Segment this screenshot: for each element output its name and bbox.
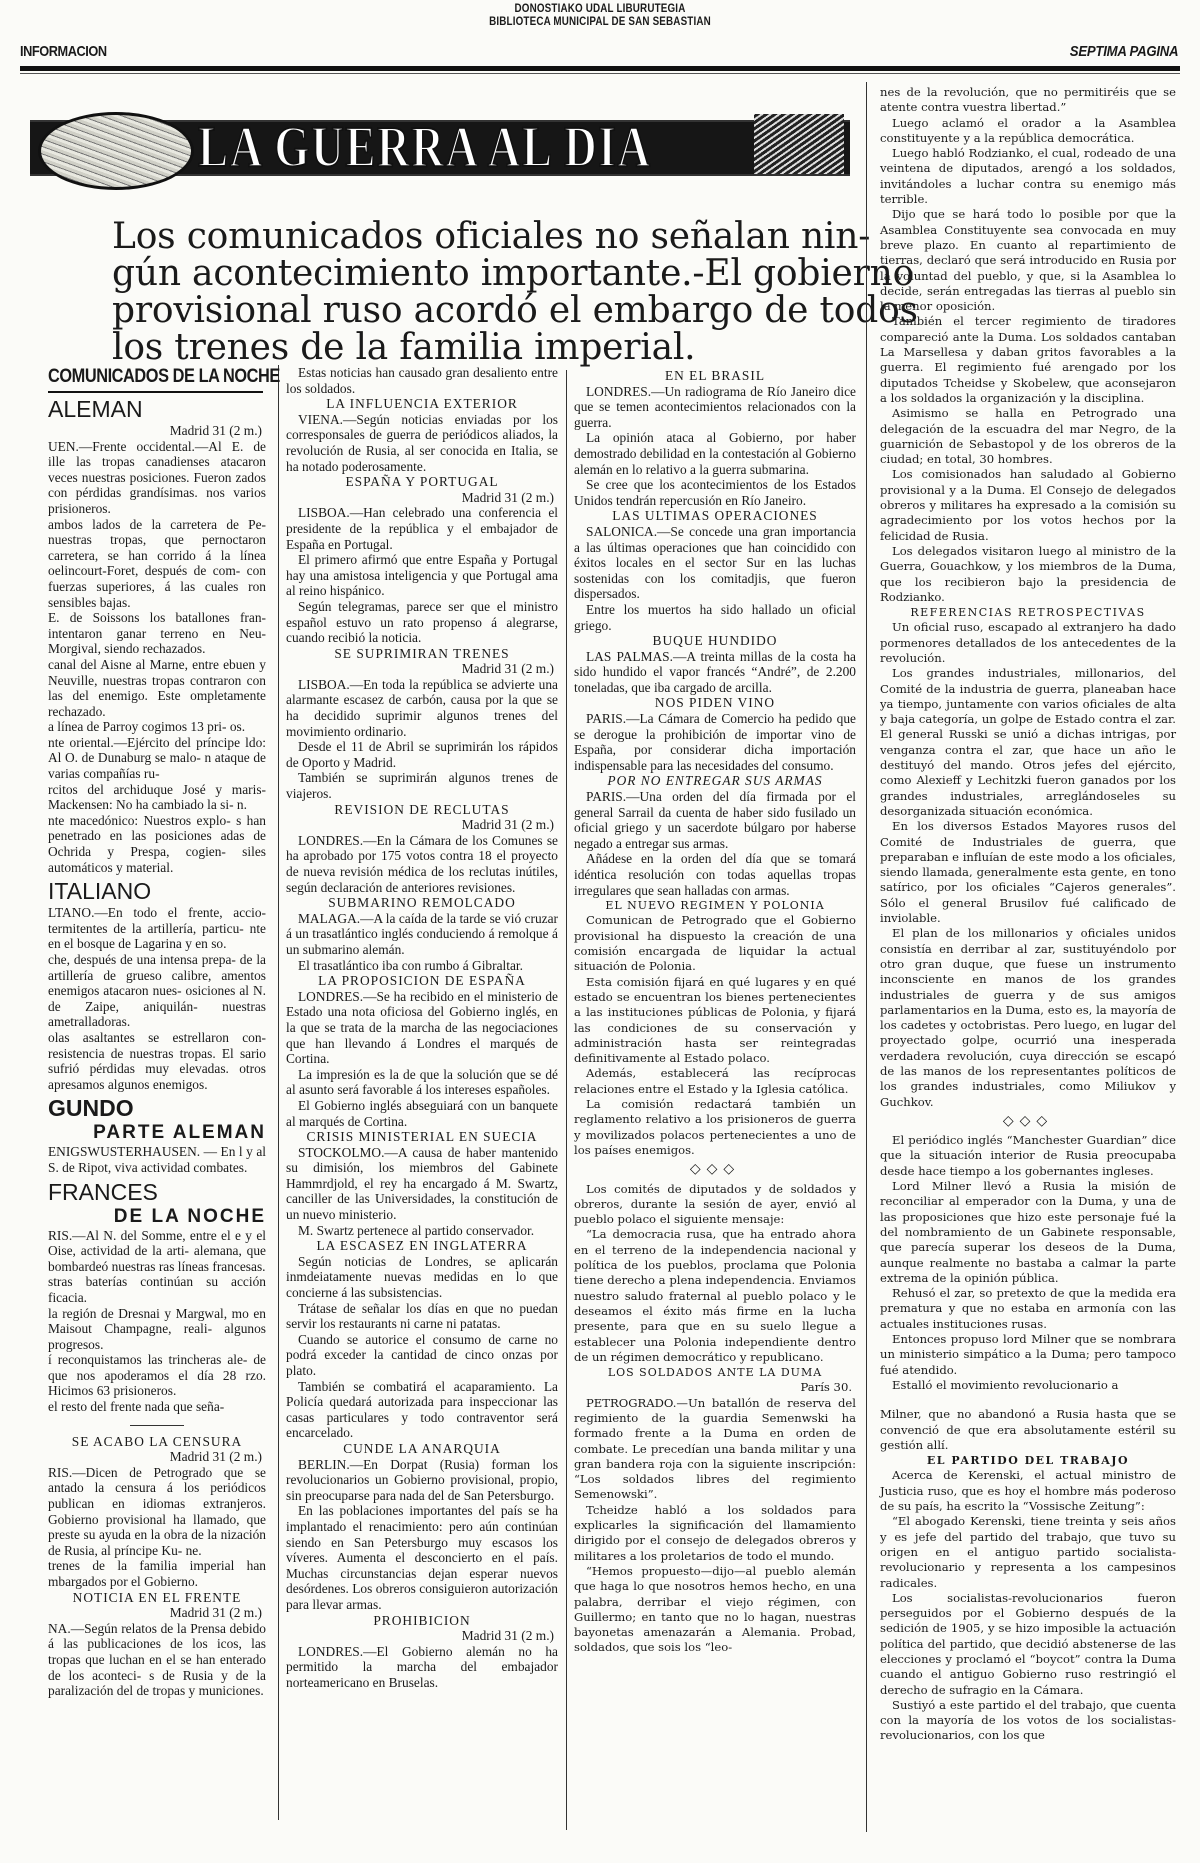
article-paragraph: Añádese en la orden del día que se tomar… (574, 851, 856, 898)
column-news-4: nes de la revolución, que no permitiréis… (880, 85, 1176, 1744)
article-paragraph: Lord Milner llevó a Rusia la misión de r… (880, 1179, 1176, 1286)
page-label: SEPTIMA PAGINA (1069, 43, 1178, 60)
battle-illustration-icon (38, 112, 194, 190)
article-paragraph: nte oriental.—Ejército del príncipe ldo:… (48, 735, 266, 782)
article-paragraph: la región de Dresnai y Margwal, mo en Ma… (48, 1306, 266, 1353)
banner-title: LA GUERRA AL DIA (198, 118, 652, 176)
diamond-divider-icon: ◇◇◇ (880, 1114, 1176, 1129)
article-paragraph: En las poblaciones importantes del país … (286, 1503, 558, 1612)
article-paragraph: “El abogado Kerenski, tiene treinta y se… (880, 1514, 1176, 1590)
article-title: LA ESCASEZ EN INGLATERRA (286, 1238, 558, 1254)
article-paragraph: Los comisionados han saludado al Gobiern… (880, 467, 1176, 543)
article-paragraph: LISBOA.—Han celebrado una conferencia el… (286, 505, 558, 552)
article-paragraph: Se cree que los acontecimientos de los E… (574, 477, 856, 508)
column-rule (866, 82, 867, 1832)
archive-line-2: BIBLIOTECA MUNICIPAL DE SAN SEBASTIAN (108, 15, 1092, 28)
article-paragraph: Estas noticias han causado gran desalien… (286, 365, 558, 396)
article-paragraph: Asimismo se halla en Petrogrado una dele… (880, 406, 1176, 467)
article-paragraph: Los socialistas-revolucionarios fueron p… (880, 1591, 1176, 1698)
article-paragraph: LISBOA.—En toda la república se advierte… (286, 677, 558, 739)
article-paragraph: trenes de la familia imperial han mbarga… (48, 1558, 266, 1589)
article-paragraph: También el tercer regimiento de tiradore… (880, 314, 1176, 406)
article-paragraph: UEN.—Frente occidental.—Al E. de ille la… (48, 439, 266, 517)
dateline: Madrid 31 (2 m.) (286, 817, 558, 833)
article-paragraph: PARIS.—La Cámara de Comercio ha pedido q… (574, 711, 856, 773)
article-paragraph: El plan de los millonarios y oficiales u… (880, 926, 1176, 1110)
article-paragraph: RIS.—Al N. del Somme, entre el e y el Oi… (48, 1228, 266, 1275)
frances-title: FRANCES (48, 1178, 266, 1206)
article-paragraph: El primero afirmó que entre España y Por… (286, 552, 558, 599)
article-title: LA PROPOSICION DE ESPAÑA (286, 973, 558, 989)
segundo-subtitle: PARTE ALEMAN (48, 1122, 266, 1144)
article-paragraph: Acerca de Kerenski, el actual ministro d… (880, 1468, 1176, 1514)
article-paragraph: olas asaltantes se estrellaron con- resi… (48, 1030, 266, 1092)
divider (130, 1425, 184, 1426)
polonia-article: EL NUEVO REGIMEN Y POLONIA Comunican de … (574, 898, 856, 1656)
frances-subtitle: DE LA NOCHE (48, 1206, 266, 1228)
dateline: Madrid 31 (2 m.) (48, 1605, 266, 1621)
article-paragraph: El trasatlántico iba con rumbo á Gibralt… (286, 958, 558, 974)
article-paragraph: VIENA.—Según noticias enviadas por los c… (286, 412, 558, 474)
article-paragraph: PARIS.—Una orden del día firmada por el … (574, 789, 856, 851)
article-paragraph: La comisión redactará también un reglame… (574, 1097, 856, 1158)
article-paragraph: rcitos del archiduque José y maris- Mack… (48, 782, 266, 813)
column-rule (278, 365, 279, 1820)
article-title: REFERENCIAS RETROSPECTIVAS (880, 605, 1176, 620)
article-paragraph: LONDRES.—El Gobierno alemán no ha permit… (286, 1644, 558, 1691)
header-rule (20, 66, 1180, 71)
article-paragraph: También se suprimirán algunos trenes de … (286, 770, 558, 801)
article-title: EN EL BRASIL (574, 368, 856, 384)
archive-stamp: DONOSTIAKO UDAL LIBURUTEGIA BIBLIOTECA M… (108, 2, 1092, 28)
dateline: Madrid 31 (2 m.) (48, 1449, 266, 1465)
article-paragraph: Los grandes industriales, millonarios, d… (880, 666, 1176, 819)
article-paragraph: STOCKOLMO.—A causa de haber mantenido su… (286, 1145, 558, 1223)
article-paragraph: RIS.—Dicen de Petrogrado que se antado l… (48, 1465, 266, 1559)
article-paragraph: Esta comisión fijará en qué lugares y en… (574, 975, 856, 1067)
article-paragraph: Según telegramas, parece ser que el mini… (286, 599, 558, 646)
article-paragraph: nte macedónico: Nuestros explo- s han pe… (48, 813, 266, 875)
article-paragraph: Según noticias de Londres, se aplicarán … (286, 1254, 558, 1301)
headline-line: los trenes de la familia imperial. (112, 329, 872, 366)
article-title: EL NUEVO REGIMEN Y POLONIA (574, 898, 856, 913)
article-paragraph: Dijo que se hará todo lo posible por que… (880, 207, 1176, 314)
column-rule (566, 370, 567, 1830)
article-paragraph: Entonces propuso lord Milner que se nomb… (880, 1332, 1176, 1378)
headline-line: gún acontecimiento importante.-El gobier… (112, 255, 872, 292)
main-headline: Los comunicados oficiales no señalan nin… (112, 218, 872, 366)
article-paragraph: La impresión es la de que la solución qu… (286, 1067, 558, 1098)
article-title: PROHIBICION (286, 1613, 558, 1629)
article-paragraph: canal del Aisne al Marne, entre ebuen y … (48, 657, 266, 719)
article-paragraph: nes de la revolución, que no permitiréis… (880, 85, 1176, 116)
column-news-3: EN EL BRASIL LONDRES.—Un radiograma de R… (574, 368, 856, 1656)
article-paragraph: MALAGA.—A la caída de la tarde se vió cr… (286, 911, 558, 958)
article-title: LAS ULTIMAS OPERACIONES (574, 508, 856, 524)
article-paragraph: LAS PALMAS.—A treinta millas de la costa… (574, 649, 856, 696)
article-paragraph: La opinión ataca al Gobierno, por haber … (574, 430, 856, 477)
article-paragraph: LONDRES.—Se ha recibido en el ministerio… (286, 989, 558, 1067)
ornament-icon (754, 114, 844, 174)
censura-title: SE ACABO LA CENSURA (48, 1434, 266, 1450)
article-paragraph: Trátase de señalar los días en que no pu… (286, 1301, 558, 1332)
article-paragraph: LONDRES.—En la Cámara de los Comunes se … (286, 833, 558, 895)
article-title: CUNDE LA ANARQUIA (286, 1441, 558, 1457)
article-paragraph: En los diversos Estados Mayores rusos de… (880, 819, 1176, 926)
article-paragraph: LONDRES.—Un radiograma de Río Janeiro di… (574, 384, 856, 431)
dateline: París 30. (574, 1380, 856, 1395)
dateline: Madrid 31 (2 m.) (48, 423, 266, 439)
article-paragraph: SALONICA.—Se concede una gran importanci… (574, 524, 856, 602)
article-title: BUQUE HUNDIDO (574, 633, 856, 649)
article-paragraph: Desde el 11 de Abril se suprimirán los r… (286, 739, 558, 770)
article-paragraph: Los comités de diputados y de soldados y… (574, 1182, 856, 1228)
italiano-title: ITALIANO (48, 877, 266, 905)
article-paragraph: Entre los muertos ha sido hallado un ofi… (574, 602, 856, 633)
article-paragraph: ambos lados de la carretera de Pe- nuest… (48, 517, 266, 611)
article-paragraph: Un oficial ruso, escapado al extranjero … (880, 620, 1176, 666)
article-title: EL PARTIDO DEL TRABAJO (880, 1453, 1176, 1468)
article-paragraph: PETROGRADO.—Un batallón de reserva del r… (574, 1396, 856, 1503)
article-paragraph: Los delegados visitaron luego al ministr… (880, 544, 1176, 605)
article-paragraph: El periódico inglés “Manchester Guardian… (880, 1133, 1176, 1179)
article-title: CRISIS MINISTERIAL EN SUECIA (286, 1129, 558, 1145)
section-label: INFORMACION (20, 43, 107, 60)
article-paragraph: BERLIN.—En Dorpat (Rusia) forman los rev… (286, 1457, 558, 1504)
article-title: LA INFLUENCIA EXTERIOR (286, 396, 558, 412)
dateline: Madrid 31 (2 m.) (286, 661, 558, 677)
article-paragraph: Milner, que no abandonó a Rusia hasta qu… (880, 1407, 1176, 1453)
article-paragraph: Además, establecerá las recíprocas relac… (574, 1066, 856, 1097)
article-paragraph: “Hemos propuesto—dijo—al pueblo alemán q… (574, 1564, 856, 1656)
column-news-2: Estas noticias han causado gran desalien… (286, 365, 558, 1690)
article-paragraph: M. Swartz pertenece al partido conservad… (286, 1223, 558, 1239)
article-title: ESPAÑA Y PORTUGAL (286, 474, 558, 490)
article-paragraph: E. de Soissons los batallones fran- inte… (48, 610, 266, 657)
article-paragraph: LTANO.—En todo el frente, accio- termite… (48, 905, 266, 952)
article-paragraph: Luego aclamó el orador a la Asamblea con… (880, 116, 1176, 147)
article-paragraph: Cuando se autorice el consumo de carne n… (286, 1332, 558, 1379)
article-paragraph: Comunican de Petrogrado que el Gobierno … (574, 913, 856, 974)
article-title: REVISION DE RECLUTAS (286, 802, 558, 818)
aleman-title: ALEMAN (48, 395, 266, 423)
article-paragraph: Rehusó el zar, so pretexto de que la med… (880, 1286, 1176, 1332)
article-title: SUBMARINO REMOLCADO (286, 895, 558, 911)
article-title: NOS PIDEN VINO (574, 695, 856, 711)
article-paragraph: stras baterías continúan su acción ficac… (48, 1274, 266, 1305)
column-communiques: COMUNICADOS DE LA NOCHE ALEMAN Madrid 31… (48, 365, 266, 1699)
segundo-title: GUNDO (48, 1094, 266, 1122)
article-paragraph: Sustiyó a este partido el del trabajo, q… (880, 1698, 1176, 1744)
diamond-divider-icon: ◇◇◇ (574, 1162, 856, 1177)
article-paragraph: el resto del frente nada que seña- (48, 1399, 266, 1415)
article-paragraph: “La democracia rusa, que ha entrado ahor… (574, 1227, 856, 1365)
article-paragraph: í reconquistamos las trincheras ale- de … (48, 1352, 266, 1399)
section-banner: LA GUERRA AL DIA (30, 108, 850, 176)
article-paragraph: Estalló el movimiento revolucionario a (880, 1378, 1176, 1393)
dateline: Madrid 31 (2 m.) (286, 1628, 558, 1644)
article-paragraph: a línea de Parroy cogimos 13 pri- os. (48, 719, 266, 735)
article-paragraph: NA.—Según relatos de la Prensa debido á … (48, 1621, 266, 1699)
article-title: POR NO ENTREGAR SUS ARMAS (574, 773, 856, 789)
article-paragraph: También se combatirá el acaparamiento. L… (286, 1379, 558, 1441)
headline-line: Los comunicados oficiales no señalan nin… (112, 218, 872, 255)
article-title: SE SUPRIMIRAN TRENES (286, 646, 558, 662)
article-paragraph: Luego habló Rodzianko, el cual, rodeado … (880, 146, 1176, 207)
article-paragraph: ENIGSWUSTERHAUSEN. — En l y al S. de Rip… (48, 1144, 266, 1175)
article-paragraph: El Gobierno inglés abseguiará con un ban… (286, 1098, 558, 1129)
header-rule-thin (20, 73, 1180, 74)
noticia-title: NOTICIA EN EL FRENTE (48, 1590, 266, 1606)
headline-line: provisional ruso acordó el embargo de to… (112, 292, 872, 329)
article-title: LOS SOLDADOS ANTE LA DUMA (574, 1365, 856, 1380)
article-paragraph: Tcheidze habló a los soldados para expli… (574, 1503, 856, 1564)
article-paragraph: che, después de una intensa prepa- de la… (48, 952, 266, 1030)
communiques-heading: COMUNICADOS DE LA NOCHE (48, 365, 263, 393)
dateline: Madrid 31 (2 m.) (286, 490, 558, 506)
